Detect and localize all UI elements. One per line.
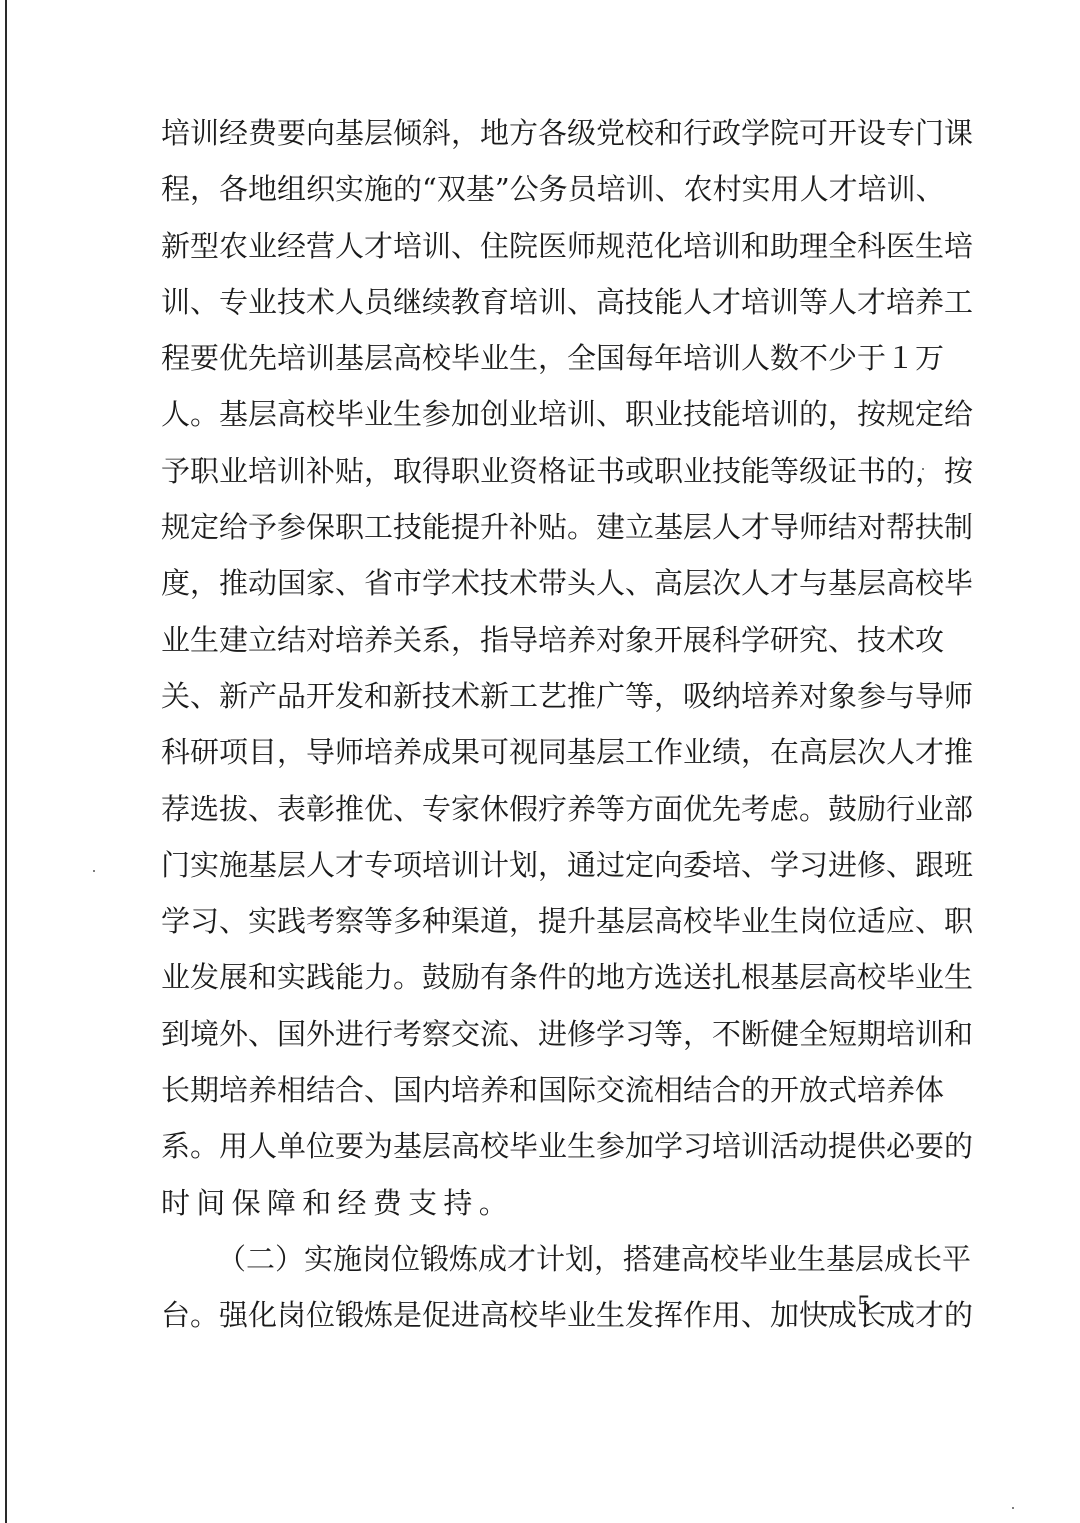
text-line: 程，各地组织实施的“双基”公务员培训、农村实用人才培训、 bbox=[161, 166, 938, 222]
text-line: 系。用人单位要为基层高校毕业生参加学习培训活动提供必要的 bbox=[161, 1123, 938, 1179]
text-line: 程要优先培训基层高校毕业生，全国每年培训人数不少于１万 bbox=[161, 335, 938, 391]
scan-speck bbox=[1012, 1507, 1014, 1509]
section-heading-line: （二）实施岗位锻炼成才计划，搭建高校毕业生基层成长平 bbox=[161, 1236, 938, 1292]
text-line: 业发展和实践能力。鼓励有条件的地方选送扎根基层高校毕业生 bbox=[161, 954, 938, 1010]
page-number: — 5 — bbox=[815, 1290, 915, 1320]
scan-edge-line bbox=[5, 0, 7, 1523]
text-line: 到境外、国外进行考察交流、进修学习等，不断健全短期培训和 bbox=[161, 1011, 938, 1067]
text-line: 科研项目，导师培养成果可视同基层工作业绩，在高层次人才推 bbox=[161, 729, 938, 785]
text-line: 规定给予参保职工技能提升补贴。建立基层人才导师结对帮扶制 bbox=[161, 504, 938, 560]
text-line: 训、专业技术人员继续教育培训、高技能人才培训等人才培养工 bbox=[161, 279, 938, 335]
text-line: 时间保障和经费支持。 bbox=[161, 1180, 938, 1236]
text-line: 学习、实践考察等多种渠道，提升基层高校毕业生岗位适应、职 bbox=[161, 898, 938, 954]
text-line: 培训经费要向基层倾斜，地方各级党校和行政学院可开设专门课 bbox=[161, 110, 938, 166]
text-line: 人。基层高校毕业生参加创业培训、职业技能培训的，按规定给 bbox=[161, 391, 938, 447]
paragraph-training-funds: 培训经费要向基层倾斜，地方各级党校和行政学院可开设专门课 程，各地组织实施的“双… bbox=[161, 110, 938, 1236]
scan-speck bbox=[922, 468, 924, 470]
text-line: 业生建立结对培养关系，指导培养对象开展科学研究、技术攻 bbox=[161, 617, 938, 673]
text-line: 门实施基层人才专项培训计划，通过定向委培、学习进修、跟班 bbox=[161, 842, 938, 898]
text-line: 新型农业经营人才培训、住院医师规范化培训和助理全科医生培 bbox=[161, 223, 938, 279]
text-line: 长期培养相结合、国内培养和国际交流相结合的开放式培养体 bbox=[161, 1067, 938, 1123]
document-body: 培训经费要向基层倾斜，地方各级党校和行政学院可开设专门课 程，各地组织实施的“双… bbox=[161, 110, 938, 1349]
text-line: 关、新产品开发和新技术新工艺推广等，吸纳培养对象参与导师 bbox=[161, 673, 938, 729]
scan-speck bbox=[93, 870, 95, 872]
text-line: 度，推动国家、省市学术技术带头人、高层次人才与基层高校毕 bbox=[161, 560, 938, 616]
text-line: 予职业培训补贴，取得职业资格证书或职业技能等级证书的，按 bbox=[161, 448, 938, 504]
text-line: 荐选拔、表彰推优、专家休假疗养等方面优先考虑。鼓励行业部 bbox=[161, 786, 938, 842]
